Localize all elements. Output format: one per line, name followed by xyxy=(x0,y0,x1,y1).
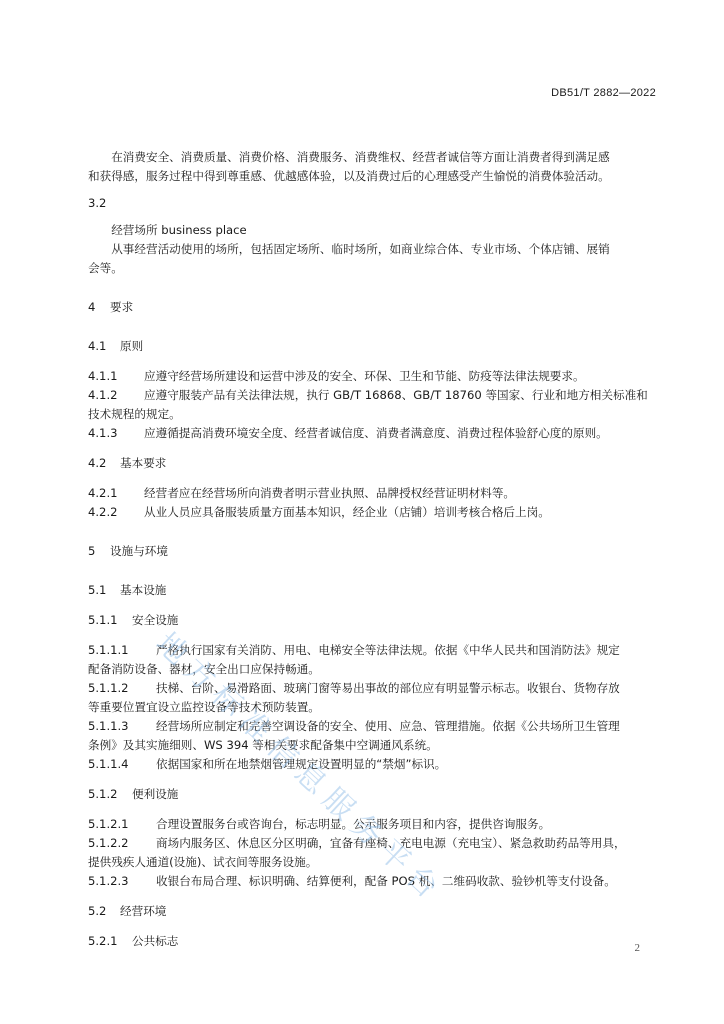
heading-title: 原则 xyxy=(120,339,143,353)
heading-title: 基本设施 xyxy=(120,583,166,597)
clause-4-2-1: 4.2.1经营者应在经营场所向消费者明示营业执照、品牌授权经营证明材料等。 xyxy=(88,484,660,503)
chapter-heading-5: 5设施与环境 xyxy=(88,542,660,561)
heading-title: 要求 xyxy=(110,300,133,314)
clause-5-1-2-3: 5.1.2.3收银台布局合理、标识明确、结算便利，配备 POS 机、二维码收款、… xyxy=(88,872,660,891)
text-line: 会等。 xyxy=(88,259,660,278)
subsection-heading-5-1-2: 5.1.2便利设施 xyxy=(88,785,660,804)
text-line: 技术规程的规定。 xyxy=(88,405,660,424)
clause-number: 5.1.2.2 xyxy=(88,834,156,853)
text-line: 在消费安全、消费质量、消费价格、消费服务、消费维权、经营者诚信等方面让消费者得到… xyxy=(88,148,660,167)
clause-5-1-1-3: 5.1.1.3经营场所应制定和完善空调设备的安全、使用、应急、管理措施。依据《公… xyxy=(88,717,660,755)
heading-number: 5.1.1 xyxy=(88,611,132,630)
heading-title: 便利设施 xyxy=(132,787,178,801)
clause-5-1-2-1: 5.1.2.1合理设置服务台或咨询台，标志明显。公示服务项目和内容，提供咨询服务… xyxy=(88,815,660,834)
text-line: 提供残疾人通道(设施)、试衣间等服务设施。 xyxy=(88,853,660,872)
text-line: 配备消防设备、器材，安全出口应保持畅通。 xyxy=(88,660,660,679)
heading-number: 4.2 xyxy=(88,454,120,473)
text-line: 应遵守服装产品有关法律法规，执行 GB/T 16868、GB/T 18760 等… xyxy=(144,388,648,402)
clause-number: 5.1.1.2 xyxy=(88,679,156,698)
heading-number: 5.2 xyxy=(88,902,120,921)
text-line: 依据国家和所在地禁烟管理规定设置明显的“禁烟”标识。 xyxy=(156,757,446,771)
heading-number: 4.1 xyxy=(88,337,120,356)
clause-number: 5.1.1.3 xyxy=(88,717,156,736)
text-line: 条例》及其实施细则、WS 394 等相关要求配备集中空调通风系统。 xyxy=(88,736,660,755)
document-code: DB51/T 2882—2022 xyxy=(551,87,656,99)
section-heading-5-2: 5.2经营环境 xyxy=(88,902,660,921)
clause-number: 4.1.1 xyxy=(88,367,144,386)
document-body: 在消费安全、消费质量、消费价格、消费服务、消费维权、经营者诚信等方面让消费者得到… xyxy=(88,148,660,951)
term-label: 经营场所 business place xyxy=(88,221,660,240)
clause-number: 4.2.1 xyxy=(88,484,144,503)
heading-title: 基本要求 xyxy=(120,456,166,470)
text-line: 经营场所应制定和完善空调设备的安全、使用、应急、管理措施。依据《公共场所卫生管理 xyxy=(156,719,620,733)
section-heading-4-1: 4.1原则 xyxy=(88,337,660,356)
text-line: 和获得感，服务过程中得到尊重感、优越感体验，以及消费过后的心理感受产生愉悦的消费… xyxy=(88,167,660,186)
clause-number: 5.1.2.3 xyxy=(88,872,156,891)
text-line: 商场内服务区、休息区分区明确，宜备有座椅、充电电源（充电宝）、紧急救助药品等用具… xyxy=(156,836,626,850)
text-line: 等重要位置宜设立监控设备等技术预防装置。 xyxy=(88,698,660,717)
heading-title: 安全设施 xyxy=(132,613,178,627)
heading-number: 5.1.2 xyxy=(88,785,132,804)
clause-5-1-1-2: 5.1.1.2扶梯、台阶、易滑路面、玻璃门窗等易出事故的部位应有明显警示标志。收… xyxy=(88,679,660,717)
clause-number: 5.1.1.4 xyxy=(88,755,156,774)
clause-5-1-2-2: 5.1.2.2商场内服务区、休息区分区明确，宜备有座椅、充电电源（充电宝）、紧急… xyxy=(88,834,660,872)
text-line: 应遵守经营场所建设和运营中涉及的安全、环保、卫生和节能、防疫等法律法规要求。 xyxy=(144,369,585,383)
definition-continuation: 在消费安全、消费质量、消费价格、消费服务、消费维权、经营者诚信等方面让消费者得到… xyxy=(88,148,660,186)
text-line: 应遵循提高消费环境安全度、经营者诚信度、消费者满意度、消费过程体验舒心度的原则。 xyxy=(144,426,608,440)
clause-number: 5.1.1.1 xyxy=(88,641,156,660)
text-line: 严格执行国家有关消防、用电、电梯安全等法律法规。依据《中华人民共和国消防法》规定 xyxy=(156,643,620,657)
term-number: 3.2 xyxy=(88,194,660,213)
heading-number: 4 xyxy=(88,298,110,317)
text-line: 从业人员应具备服装质量方面基本知识，经企业（店铺）培训考核合格后上岗。 xyxy=(144,505,550,519)
clause-number: 4.1.2 xyxy=(88,386,144,405)
subsection-heading-5-2-1: 5.2.1公共标志 xyxy=(88,932,660,951)
clause-number: 5.1.2.1 xyxy=(88,815,156,834)
chapter-heading-4: 4要求 xyxy=(88,298,660,317)
text-line: 扶梯、台阶、易滑路面、玻璃门窗等易出事故的部位应有明显警示标志。收银台、货物存放 xyxy=(156,681,620,695)
page-number: 2 xyxy=(635,942,641,954)
text-line: 经营者应在经营场所向消费者明示营业执照、品牌授权经营证明材料等。 xyxy=(144,486,515,500)
text-line: 从事经营活动使用的场所，包括固定场所、临时场所，如商业综合体、专业市场、个体店铺… xyxy=(88,240,660,259)
clause-4-1-2: 4.1.2应遵守服装产品有关法律法规，执行 GB/T 16868、GB/T 18… xyxy=(88,386,660,424)
clause-4-1-3: 4.1.3应遵循提高消费环境安全度、经营者诚信度、消费者满意度、消费过程体验舒心… xyxy=(88,424,660,443)
clause-5-1-1-1: 5.1.1.1严格执行国家有关消防、用电、电梯安全等法律法规。依据《中华人民共和… xyxy=(88,641,660,679)
document-page: DB51/T 2882—2022 在消费安全、消费质量、消费价格、消费服务、消费… xyxy=(0,0,724,1024)
heading-number: 5.1 xyxy=(88,581,120,600)
heading-number: 5.2.1 xyxy=(88,932,132,951)
term-definition: 从事经营活动使用的场所，包括固定场所、临时场所，如商业综合体、专业市场、个体店铺… xyxy=(88,240,660,278)
section-heading-4-2: 4.2基本要求 xyxy=(88,454,660,473)
heading-number: 5 xyxy=(88,542,110,561)
clause-4-2-2: 4.2.2从业人员应具备服装质量方面基本知识，经企业（店铺）培训考核合格后上岗。 xyxy=(88,503,660,522)
clause-5-1-1-4: 5.1.1.4依据国家和所在地禁烟管理规定设置明显的“禁烟”标识。 xyxy=(88,755,660,774)
clause-number: 4.1.3 xyxy=(88,424,144,443)
heading-title: 经营环境 xyxy=(120,904,166,918)
heading-title: 设施与环境 xyxy=(110,544,168,558)
subsection-heading-5-1-1: 5.1.1安全设施 xyxy=(88,611,660,630)
heading-title: 公共标志 xyxy=(132,934,178,948)
clause-4-1-1: 4.1.1应遵守经营场所建设和运营中涉及的安全、环保、卫生和节能、防疫等法律法规… xyxy=(88,367,660,386)
section-heading-5-1: 5.1基本设施 xyxy=(88,581,660,600)
clause-number: 4.2.2 xyxy=(88,503,144,522)
text-line: 收银台布局合理、标识明确、结算便利，配备 POS 机、二维码收款、验钞机等支付设… xyxy=(156,874,616,888)
text-line: 合理设置服务台或咨询台，标志明显。公示服务项目和内容，提供咨询服务。 xyxy=(156,817,550,831)
